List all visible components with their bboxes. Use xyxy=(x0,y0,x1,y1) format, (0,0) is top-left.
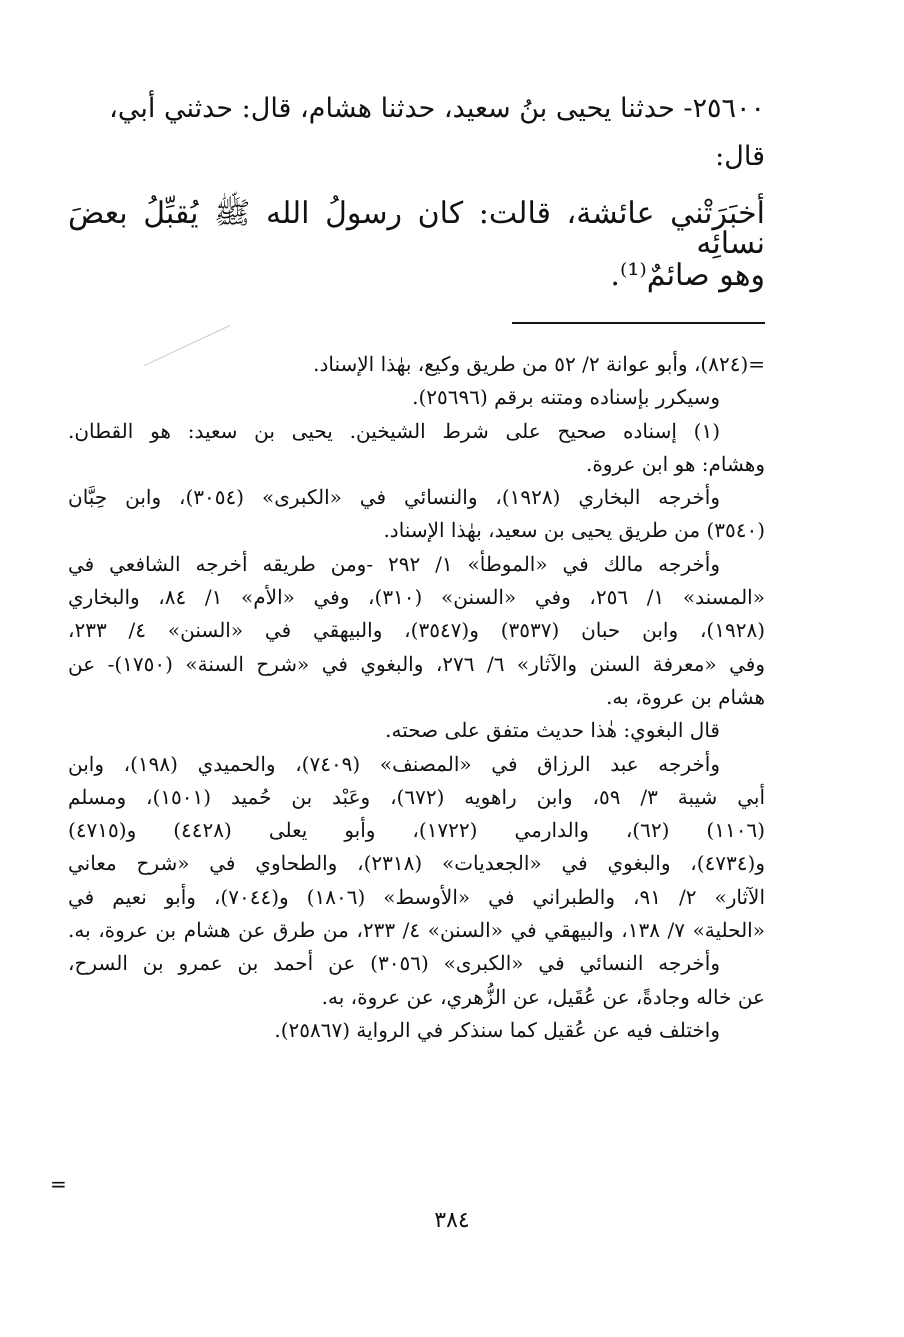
footnote-line: عن خاله وجادةً، عن عُقَيل، عن الزُّهري، … xyxy=(68,981,765,1014)
footnote-line: هشام بن عروة، به. xyxy=(68,681,765,714)
hadith-isnad-line: قال: xyxy=(68,143,765,195)
footnote-line: وأخرجه النسائي في «الكبرى» (٣٠٥٦) عن أحم… xyxy=(68,947,765,980)
footnote-line: (١١٠٦) (٦٢)، والدارمي (١٧٢٢)، وأبو يعلى … xyxy=(68,814,765,847)
footnote-line: «الحلية» ٧/ ١٣٨، والبيهقي في «السنن» ٤/ … xyxy=(68,914,765,947)
footnote-line: (١٩٢٨)، وابن حبان (٣٥٣٧) و(٣٥٤٧)، والبيه… xyxy=(68,614,765,647)
footnote-line: أبي شيبة ٣/ ٥٩، وابن راهويه (٦٧٢)، وعَبْ… xyxy=(68,781,765,814)
footnote-line: وهشام: هو ابن عروة. xyxy=(68,448,765,481)
continuation-marker: = xyxy=(50,1172,67,1196)
footnote-line: وأخرجه مالك في «الموطأ» ١/ ٢٩٢ -ومن طريق… xyxy=(68,548,765,581)
footnotes-section: =(٨٢٤)، وأبو عوانة ٢/ ٥٢ من طريق وكيع، ب… xyxy=(68,348,765,1047)
footnote-line: و(٤٧٣٤)، والبغوي في «الجعديات» (٢٣١٨)، و… xyxy=(68,847,765,880)
footnote-line: واختلف فيه عن عُقيل كما سنذكر في الرواية… xyxy=(68,1014,765,1047)
footnote-line: «المسند» ١/ ٢٥٦، وفي «السنن» (٣١٠)، وفي … xyxy=(68,581,765,614)
footnote-line: الآثار» ٢/ ٩١، والطبراني في «الأوسط» (١٨… xyxy=(68,881,765,914)
footnote-line: وسيكرر بإسناده ومتنه برقم (٢٥٦٩٦). xyxy=(68,381,765,414)
hadith-matn-line: وهو صائمٌ⁽¹⁾. xyxy=(68,261,765,321)
footnote-line: (٣٥٤٠) من طريق يحيى بن سعيد، بهٰذا الإسن… xyxy=(68,514,765,547)
main-hadith-text: ٢٥٦٠٠- حدثنا يحيى بنُ سعيد، حدثنا هشام، … xyxy=(68,95,765,321)
footnote-line: وأخرجه البخاري (١٩٢٨)، والنسائي في «الكب… xyxy=(68,481,765,514)
footnote-line: وفي «معرفة السنن والآثار» ٦/ ٢٧٦، والبغو… xyxy=(68,648,765,681)
hadith-matn-line: أخبَرَتْني عائشة، قالت: كان رسولُ الله ﷺ… xyxy=(68,199,765,261)
hadith-isnad-line: ٢٥٦٠٠- حدثنا يحيى بنُ سعيد، حدثنا هشام، … xyxy=(68,95,765,143)
footnote-line: =(٨٢٤)، وأبو عوانة ٢/ ٥٢ من طريق وكيع، ب… xyxy=(68,348,765,381)
footnote-line: وأخرجه عبد الرزاق في «المصنف» (٧٤٠٩)، وا… xyxy=(68,748,765,781)
footnote-line: (١) إسناده صحيح على شرط الشيخين. يحيى بن… xyxy=(68,415,765,448)
footnote-separator xyxy=(512,322,765,324)
page-number: ٣٨٤ xyxy=(0,1208,904,1233)
footnote-line: قال البغوي: هٰذا حديث متفق على صحته. xyxy=(68,714,765,747)
